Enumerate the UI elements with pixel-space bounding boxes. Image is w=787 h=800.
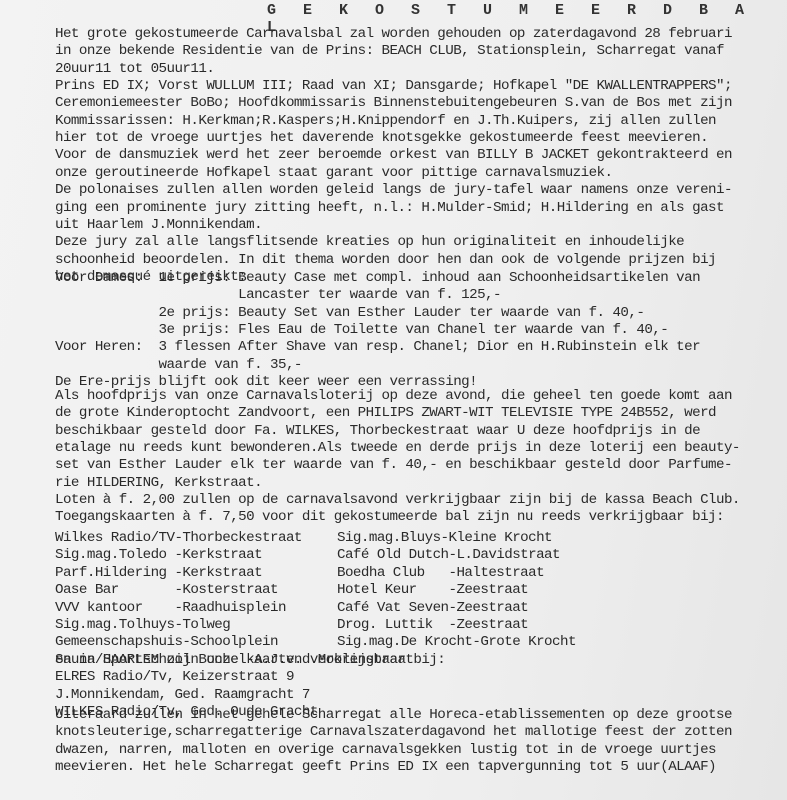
closing-line: knotsleuterige,scharregatterige Carnaval… — [55, 724, 732, 740]
outlet-right-item: Café Old Dutch-L.Davidstraat — [337, 547, 560, 563]
outlet-right-item: Hotel Keur -Zeestraat — [337, 582, 528, 598]
outlet-right-item: Boedha Club -Haltestraat — [337, 565, 544, 581]
lottery-line: set van Esther Lauder elk ter waarde van… — [55, 457, 732, 473]
closing-line: Uiteraard zullen in het gehele Scharrega… — [55, 707, 732, 723]
intro-line: hier tot de vroege uurtjes het daverende… — [55, 130, 708, 146]
outlet-left-item: Oase Bar -Kosterstraat — [55, 582, 278, 598]
intro-line: ging een prominente jury zitting heeft, … — [55, 200, 724, 216]
closing-line: dwazen, narren, malloten en overige carn… — [55, 742, 716, 758]
lottery-line: etalage nu reeds kunt bewonderen.Als twe… — [55, 440, 740, 456]
prize-line: 3e prijs: Fles Eau de Toilette van Chane… — [55, 322, 668, 338]
closing-line: meevieren. Het hele Scharregat geeft Pri… — [55, 759, 716, 775]
intro-line: Kommissarissen: H.Kerkman;R.Kaspers;H.Kn… — [55, 113, 716, 129]
outlet-right-item: Sig.mag.Bluys-Kleine Krocht — [337, 530, 552, 546]
intro-line: onze geroutineerde Hofkapel staat garant… — [55, 165, 612, 181]
intro-line: Voor de dansmuziek werd het zeer beroemd… — [55, 147, 732, 163]
lottery-line: rie HILDERING, Kerkstraat. — [55, 475, 262, 491]
intro-line: Deze jury zal alle langsflitsende kreati… — [55, 234, 684, 250]
outlet-left-item: Sig.mag.Tolhuys-Tolweg — [55, 617, 230, 633]
lottery-line: de grote Kinderoptocht Zandvoort, een PH… — [55, 405, 716, 421]
intro-line: schoonheid beoordelen. In dit thema word… — [55, 252, 716, 268]
prize-line: Voor Dames: 1e prijs: Beauty Case met co… — [55, 270, 700, 286]
outlet-right-item: Sig.mag.De Krocht-Grote Krocht — [337, 634, 576, 650]
intro-line: De polonaises zullen allen worden geleid… — [55, 182, 732, 198]
outlet-left-item: Gemeenschapshuis-Schoolplein — [55, 634, 278, 650]
intro-line: uit Haarlem J.Monnikendam. — [55, 217, 262, 233]
lottery-line: beschikbaar gesteld door Fa. WILKES, Tho… — [55, 423, 700, 439]
haarlem-line: ELRES Radio/Tv, Keizerstraat 9 — [55, 669, 294, 685]
haarlem-line: J.Monnikendam, Ged. Raamgracht 7 — [55, 687, 310, 703]
lottery-line: Als hoofdprijs van onze Carnavalsloterij… — [55, 388, 732, 404]
prize-line: Lancaster ter waarde van f. 125,- — [55, 287, 501, 303]
lottery-line: Toegangskaarten à f. 7,50 voor dit gekos… — [55, 509, 724, 525]
prize-line: 2e prijs: Beauty Set van Esther Lauder t… — [55, 305, 644, 321]
intro-line: Prins ED IX; Vorst WULLUM III; Raad van … — [55, 78, 732, 94]
prize-line: Voor Heren: 3 flessen After Shave van re… — [55, 339, 700, 355]
outlet-left-item: Wilkes Radio/TV-Thorbeckestraat — [55, 530, 302, 546]
outlet-left-item: VVV kantoor -Raadhuisplein — [55, 600, 286, 616]
outlet-right-item: Café Vat Seven-Zeestraat — [337, 600, 528, 616]
intro-line: Het grote gekostumeerde Carnavalsbal zal… — [55, 26, 732, 42]
intro-line: in onze bekende Residentie van de Prins:… — [55, 43, 724, 59]
lottery-line: Loten à f. 2,00 zullen op de carnavalsav… — [55, 492, 740, 508]
outlet-left-item: Parf.Hildering -Kerkstraat — [55, 565, 262, 581]
prize-line: waarde van f. 35,- — [55, 357, 302, 373]
haarlem-line: en in HAARLEM zijn onze kaarten verkrijg… — [55, 652, 445, 668]
outlet-right-item: Drog. Luttik -Zeestraat — [337, 617, 528, 633]
intro-line: Ceremoniemeester BoBo; Hoofdkommissaris … — [55, 95, 732, 111]
intro-line: 20uur11 tot 05uur11. — [55, 61, 214, 77]
outlet-left-item: Sig.mag.Toledo -Kerkstraat — [55, 547, 262, 563]
